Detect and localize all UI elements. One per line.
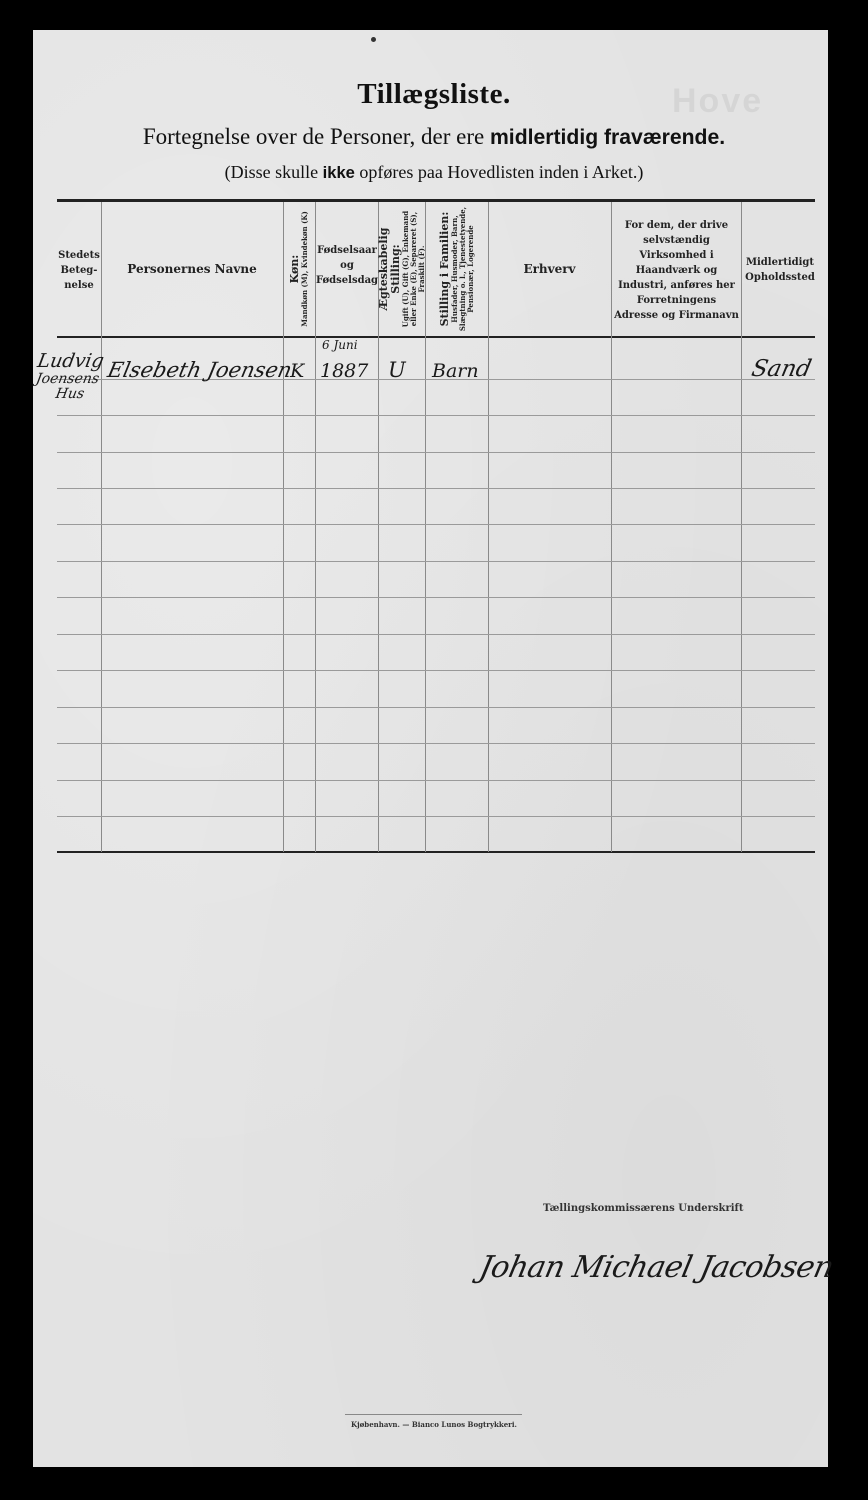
row-divider xyxy=(57,634,815,635)
subtitle-emphasis: midlertidig fraværende. xyxy=(490,126,725,149)
header-marital-sub: Ugift (U), Gift (G), Enkemand eller Enke… xyxy=(402,203,426,335)
cell-name: Elsebeth Joensen xyxy=(105,358,294,382)
column-divider xyxy=(611,202,612,852)
subtitle-text: Fortegnelse over de Personer, der ere xyxy=(143,124,490,149)
form-note: (Disse skulle ikke opføres paa Hovedlist… xyxy=(0,162,868,183)
header-family-sub: Husfader, Husmoder, Barn, Slægtning o. l… xyxy=(451,203,475,335)
cell-marital: U xyxy=(388,358,406,382)
row-divider xyxy=(57,816,815,817)
header-occupation: Erhverv xyxy=(488,202,611,336)
header-sex-sub: Mandkøn (M), Kvindekøn (K) xyxy=(301,203,309,335)
note-emphasis: ikke xyxy=(323,163,355,182)
row-divider xyxy=(57,743,815,744)
place-line: Hus xyxy=(31,387,99,401)
column-divider xyxy=(741,202,742,852)
note-prefix: (Disse skulle xyxy=(225,162,323,182)
form-title: Tillægsliste. xyxy=(0,78,868,111)
row-divider xyxy=(57,488,815,489)
row-divider xyxy=(57,415,815,416)
footer-rule xyxy=(345,1414,522,1415)
enumerator-signature: Johan Michael Jacobsen xyxy=(476,1250,836,1285)
place-line: Ludvig xyxy=(36,352,105,371)
form-subtitle: Fortegnelse over de Personer, der ere mi… xyxy=(0,124,868,150)
row-divider xyxy=(57,780,815,781)
printer-imprint: Kjøbenhavn. — Bianco Lunos Bogtrykkeri. xyxy=(0,1420,868,1429)
header-place: Stedets Beteg-nelse xyxy=(57,240,101,300)
table-bottom-rule xyxy=(57,851,815,853)
row-divider xyxy=(57,597,815,598)
header-temp-residence: Midlertidigt Opholdssted xyxy=(745,240,815,300)
header-sex: Køn: Mandkøn (M), Kvindekøn (K) xyxy=(283,203,315,335)
header-family: Stilling i Familien: Husfader, Husmoder,… xyxy=(428,203,486,335)
row-divider xyxy=(57,707,815,708)
header-business: For dem, der drive selvstændig Virksomhe… xyxy=(614,218,739,322)
punch-mark xyxy=(371,37,376,42)
header-names: Personernes Navne xyxy=(101,202,283,336)
row-divider xyxy=(57,452,815,453)
header-bottom-rule xyxy=(57,336,815,338)
note-suffix: opføres paa Hovedlisten inden i Arket.) xyxy=(355,162,643,182)
row-divider xyxy=(57,670,815,671)
row-divider xyxy=(57,561,815,562)
header-marital: Ægteskabelig Stilling: Ugift (U), Gift (… xyxy=(380,203,424,335)
signature-label: Tællingskommissærens Underskrift xyxy=(543,1203,743,1214)
cell-family: Barn xyxy=(432,360,479,382)
header-marital-lead: Ægteskabelig Stilling: xyxy=(378,203,402,335)
header-birth: Fødselsaar og Fødselsdag xyxy=(316,225,378,305)
cell-temp-residence: Sand xyxy=(749,356,814,382)
place-line: Joensens xyxy=(33,371,102,387)
cell-birth-day: 6 Juni xyxy=(322,338,358,352)
cell-birth-year: 1887 xyxy=(320,360,368,382)
cell-sex: K xyxy=(290,360,304,382)
cell-place: Ludvig Joensens Hus xyxy=(31,352,106,401)
row-divider xyxy=(57,524,815,525)
